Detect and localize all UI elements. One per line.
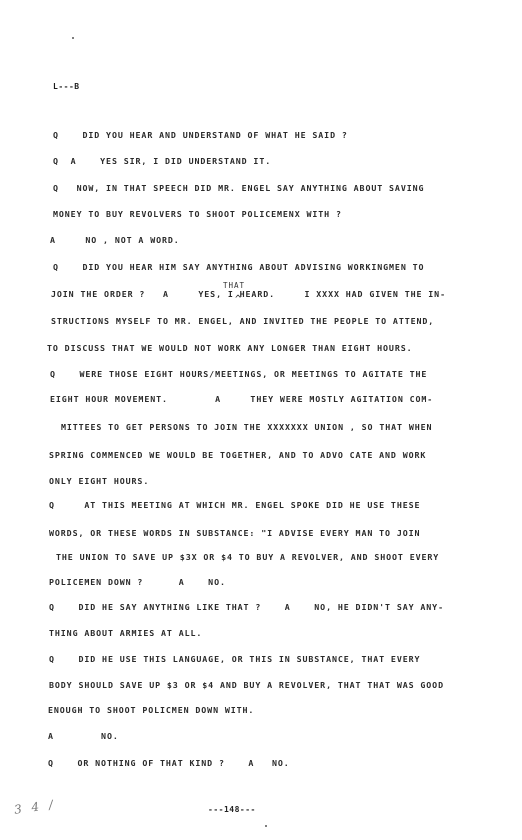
transcript-line: ONLY EIGHT HOURS. <box>49 476 149 486</box>
transcript-line: Q OR NOTHING OF THAT KIND ? A NO. <box>48 758 290 768</box>
transcript-line: MITTEES TO GET PERSONS TO JOIN THE XXXXX… <box>61 422 432 432</box>
transcript-line: Q WERE THOSE EIGHT HOURS/MEETINGS, OR ME… <box>50 369 427 379</box>
transcript-line: THE UNION TO SAVE UP $3X OR $4 TO BUY A … <box>56 552 439 562</box>
transcript-line: ENOUGH TO SHOOT POLICMEN DOWN WITH. <box>48 705 254 715</box>
transcript-line: Q NOW, IN THAT SPEECH DID MR. ENGEL SAY … <box>53 183 424 193</box>
transcript-line: Q A YES SIR, I DID UNDERSTAND IT. <box>53 156 271 166</box>
transcript-line: Q DID HE USE THIS LANGUAGE, OR THIS IN S… <box>49 654 420 664</box>
transcript-line: TO DISCUSS THAT WE WOULD NOT WORK ANY LO… <box>47 343 413 353</box>
header-code: L---B <box>53 82 80 91</box>
transcript-line: STRUCTIONS MYSELF TO MR. ENGEL, AND INVI… <box>51 316 434 326</box>
page-number: ---148--- <box>208 805 256 814</box>
transcript-line: Q DID HE SAY ANYTHING LIKE THAT ? A NO, … <box>49 602 444 612</box>
scan-speck <box>265 825 267 827</box>
transcript-line: BODY SHOULD SAVE UP $3 OR $4 AND BUY A R… <box>49 680 444 690</box>
transcript-line: A NO , NOT A WORD. <box>50 235 180 245</box>
transcript-line: Q AT THIS MEETING AT WHICH MR. ENGEL SPO… <box>49 500 420 510</box>
interlinear-insert: THAT <box>223 281 245 290</box>
insert-caret: ^ <box>235 294 241 305</box>
transcript-line: MONEY TO BUY REVOLVERS TO SHOOT POLICEME… <box>53 209 342 219</box>
document-page: L---B Q DID YOU HEAR AND UNDERSTAND OF W… <box>0 0 522 840</box>
transcript-line: THING ABOUT ARMIES AT ALL. <box>49 628 202 638</box>
handwritten-note: 3 4 / <box>13 797 56 817</box>
transcript-line: POLICEMEN DOWN ? A NO. <box>49 577 226 587</box>
transcript-line: Q DID YOU HEAR HIM SAY ANYTHING ABOUT AD… <box>53 262 424 272</box>
scan-speck <box>72 37 74 39</box>
transcript-line: WORDS, OR THESE WORDS IN SUBSTANCE: "I A… <box>49 528 420 538</box>
transcript-line: A NO. <box>48 731 119 741</box>
transcript-line: EIGHT HOUR MOVEMENT. A THEY WERE MOSTLY … <box>50 394 433 404</box>
transcript-line: Q DID YOU HEAR AND UNDERSTAND OF WHAT HE… <box>53 130 348 140</box>
transcript-line: JOIN THE ORDER ? A YES, I HEARD. I XXXX … <box>51 289 446 299</box>
transcript-line: SPRING COMMENCED WE WOULD BE TOGETHER, A… <box>49 450 426 460</box>
